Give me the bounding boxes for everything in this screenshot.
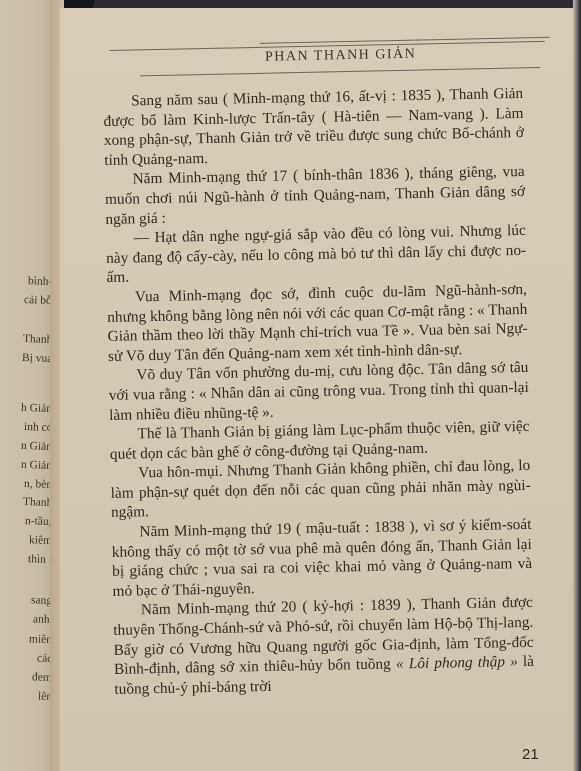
left-page-text-fragment: bình-: [28, 275, 53, 288]
left-page-text-fragment: n Giản: [21, 459, 52, 472]
left-page-text-fragment: kiêm: [29, 534, 52, 547]
left-page-text-fragment: sang: [31, 594, 52, 607]
left-page-text-fragment: cải bỗ: [24, 294, 52, 307]
paragraph: Năm Minh-mạng thứ 20 ( kỷ-hợi : 1839 ), …: [113, 593, 535, 699]
paragraph: — Hạt dân nghe ngự-giá sắp vào đều có lò…: [106, 221, 527, 288]
left-page-text-fragment: inh có: [23, 421, 52, 434]
left-page-text-fragment: Thanh: [22, 496, 52, 509]
left-page-text-fragment: n, bèn: [24, 478, 53, 491]
paragraph: Vua Minh-mạng đọc sớ, đình cuộc du-lãm N…: [107, 280, 528, 366]
left-page-text-fragment: h Giản: [21, 402, 52, 415]
left-page-text-fragment: Bị vua: [21, 352, 52, 365]
running-head-title: PHAN THANH GIẢN: [265, 47, 417, 66]
paragraph: Võ duy Tân vốn phường du-mị, cưu lòng độ…: [108, 358, 529, 425]
book-page: PHAN THANH GIẢN Sang năm sau ( Minh-mạng…: [60, 8, 581, 771]
page-edge-shadow: [573, 0, 581, 771]
header-rule-top-short: [260, 37, 550, 44]
paragraph: Năm Minh-mạng thứ 17 ( bính-thân 1836 ),…: [105, 162, 526, 229]
left-page-text-fragment: n Giản: [21, 440, 52, 453]
body-text: Sang năm sau ( Minh-mạng thứ 16, ất-vị :…: [103, 84, 535, 699]
paragraph: Sang năm sau ( Minh-mạng thứ 16, ất-vị :…: [103, 84, 524, 170]
paragraph: Năm Minh-mạng thứ 19 ( mậu-tuất : 1838 )…: [111, 515, 532, 601]
running-head: PHAN THANH GIẢN: [110, 27, 551, 82]
header-rule-bottom: [140, 67, 540, 76]
paragraph: Vua hôn-mụi. Nhưng Thanh Giản không phiề…: [110, 456, 531, 523]
play-title: « Lôi phong thập »: [396, 653, 518, 672]
page-number: 21: [522, 746, 539, 763]
left-page-text-fragment: Thanh: [22, 333, 52, 346]
left-page-text-fragment: thìn :: [28, 553, 52, 566]
left-page-text-fragment: n-tầu,: [25, 515, 52, 528]
left-page-text-fragment: miên: [29, 633, 52, 646]
